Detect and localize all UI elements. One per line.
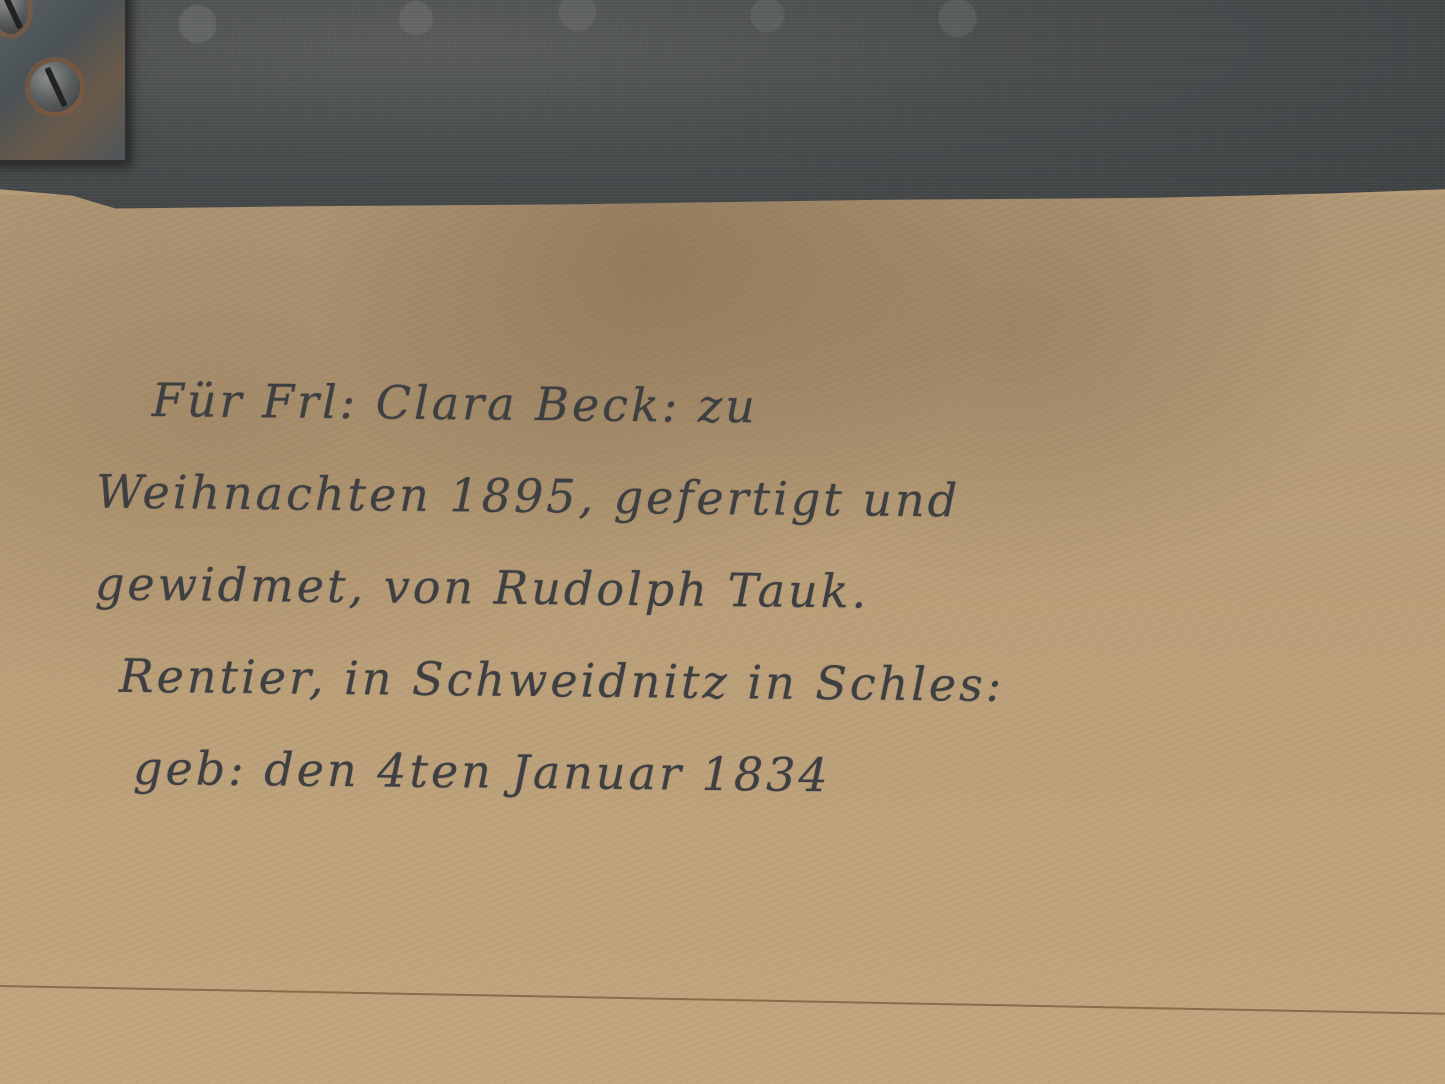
screw-icon — [0, 0, 28, 34]
photograph: Für Frl: Clara Beck: zu Weihnachten 1895… — [0, 0, 1445, 1084]
paper-crease — [0, 985, 1445, 1015]
inscription-line: Für Frl: Clara Beck: zu — [96, 353, 1347, 458]
screw-icon — [30, 62, 80, 112]
inscription-line: Weihnachten 1895, gefertigt und — [96, 445, 1347, 550]
inscription-line: gewidmet, von Rudolph Tauk. — [95, 537, 1346, 642]
handwritten-inscription: Für Frl: Clara Beck: zu Weihnachten 1895… — [93, 353, 1348, 826]
cloth-texture — [150, 0, 1100, 60]
inscription-line: Rentier, in Schweidnitz in Schles: — [94, 629, 1345, 734]
inscription-line: geb: den 4ten Januar 1834 — [93, 721, 1344, 826]
dark-cloth-band — [0, 0, 1445, 215]
metal-hinge-plate — [0, 0, 128, 163]
